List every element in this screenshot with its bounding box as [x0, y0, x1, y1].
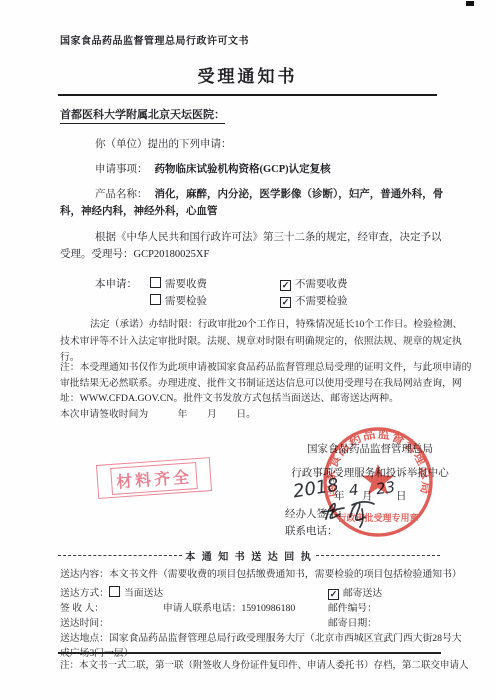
checkbox-row: 本申请： 需要收费 ✓不需要收费: [95, 276, 410, 293]
checkbox-label: 需要检验: [165, 296, 207, 307]
divider-dash-left: [58, 555, 182, 556]
signee-label: 签 收 人：: [60, 600, 104, 614]
delivery-content-line: 送达内容：本文书文件（需要收费的项目包括缴费通知书，需要检验的项目包括检验通知书…: [60, 566, 464, 580]
mail-date-label: 邮寄日期：: [328, 615, 377, 629]
checkbox-label: 当面送达: [124, 588, 163, 599]
applicant-phone-value: 15910986180: [241, 603, 295, 614]
scan-artifact-mark: [466, 1, 474, 6]
fee-inspection-checkbox-block: 本申请： 需要收费 ✓不需要收费 需要检验 ✓不需要检验: [95, 276, 410, 310]
handwritten-signature: [318, 495, 382, 531]
receipt-divider-title: 本 通 知 书 送 达 回 执: [182, 548, 316, 563]
checkbox-no-inspection: ✓不需要检验: [280, 293, 410, 310]
document-type-label: 国家食品药品监督管理总局行政许可文书: [60, 32, 249, 47]
materials-complete-text: 材料齐全: [110, 462, 198, 495]
checkbox-need-inspection: 需要检验: [150, 293, 280, 310]
copies-note: 注：本文书一式二联，第一联（附签收人身份证件复印件、申请人委托书）存档，第二联交…: [60, 657, 469, 671]
mail-number-label: 邮件编号：: [328, 600, 377, 614]
checkbox-no-fee: ✓不需要收费: [280, 276, 410, 293]
checkbox-icon: [150, 277, 161, 288]
matter-label: 申请事项：: [95, 164, 148, 175]
delivery-method-right: ✓邮寄送达: [328, 585, 382, 600]
applicant-phone-label: 申请人联系电话：: [163, 603, 241, 614]
checkbox-icon: ✓: [280, 297, 291, 308]
sign-time-line: 本次申请签收时间为 年 月 日。: [60, 406, 256, 420]
delivery-method-left: 送达方式：当面送达: [60, 585, 163, 599]
checkbox-label: 需要收费: [165, 279, 207, 290]
checkbox-icon: [109, 586, 120, 597]
matter-value: 药物临床试验机构资格(GCP)认定复核: [155, 164, 331, 175]
document-title: 受理通知书: [0, 62, 495, 87]
checkbox-need-fee: 需要收费: [150, 276, 280, 293]
checkbox-icon: [150, 294, 161, 305]
receipt-divider: 本 通 知 书 送 达 回 执: [58, 548, 440, 563]
divider-dash-right: [316, 555, 440, 556]
checkbox-row: 需要检验 ✓不需要检验: [95, 293, 410, 310]
application-label: 本申请：: [95, 276, 150, 293]
checkbox-icon: ✓: [280, 280, 291, 291]
materials-complete-stamp: 材料齐全: [96, 457, 212, 499]
bottom-rule: [58, 652, 441, 654]
delivery-time-label: 送达时间：: [60, 615, 109, 629]
application-matter-line: 申请事项：药物临床试验机构资格(GCP)认定复核: [95, 161, 331, 176]
product-name-paragraph: 产品名称：消化，麻醉，内分泌，医学影像（诊断），妇产，普通外科，骨科，神经内科，…: [60, 186, 452, 220]
note-paragraph: 注：本受理通知书仅作为此项申请被国家食品药品监督管理总局受理的证明文件，与此项申…: [60, 360, 474, 407]
checkbox-label: 邮寄送达: [343, 588, 382, 599]
acceptance-paragraph: 根据《中华人民共和国行政许可法》第三十二条的规定，经审查，决定予以受理。受理号：…: [60, 229, 444, 263]
intro-line: 你（单位）提出的下列申请：: [95, 136, 232, 151]
document-page: 国家食品药品监督管理总局行政许可文书 受理通知书 首都医科大学附属北京天坛医院：…: [0, 0, 495, 700]
applicant-phone-line: 申请人联系电话：15910986180: [163, 600, 295, 614]
seal-star-icon: [362, 464, 394, 495]
checkbox-icon: ✓: [328, 589, 339, 600]
checkbox-label: 不需要检验: [295, 296, 348, 307]
title-rule: [58, 94, 437, 96]
method-label: 送达方式：: [60, 588, 109, 599]
recipient-name: 首都医科大学附属北京天坛医院：: [60, 106, 225, 124]
product-label: 产品名称：: [95, 189, 148, 200]
checkbox-label: 不需要收费: [295, 279, 348, 290]
